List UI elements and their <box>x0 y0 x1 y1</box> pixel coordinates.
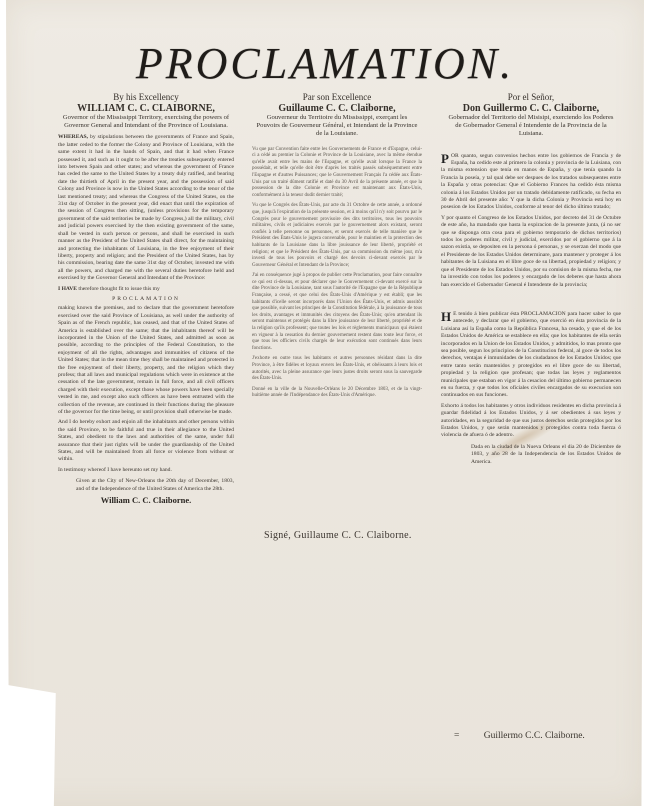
french-governor-name: Guillaume C. C. Claiborne, <box>252 103 422 114</box>
english-whereas-paragraph: WHEREAS, by stipulations between the gov… <box>58 134 234 282</box>
spanish-paragraph-1-text: OR quanto, segun convenios hechos entre … <box>441 153 621 211</box>
spanish-paragraph-1: P OR quanto, segun convenios hechos entr… <box>441 153 621 212</box>
english-dated-line: Given at the City of New-Orleans the 20t… <box>76 478 234 493</box>
french-dated-line: Donné en la ville de la Nouvelle-Orléans… <box>252 387 422 400</box>
spanish-signature: Guillermo C.C. Claiborne. <box>484 731 585 741</box>
english-have-text: therefore thought fit to issue this my <box>78 286 159 292</box>
spanish-dropcap-p: P <box>441 153 449 165</box>
french-paragraph-2: Vu que le Congrès des États-Unis, par ac… <box>252 203 422 269</box>
english-governor-name: WILLIAM C. C. CLAIBORNE, <box>58 103 234 114</box>
spanish-governor-name: Don Guillermo C. C. Claiborne, <box>441 103 621 114</box>
spanish-header: Por el Señor, Don Guillermo C. C. Claibo… <box>441 92 621 139</box>
english-governor-office: Governor of the Mississippi Territory, e… <box>58 114 234 130</box>
english-closing-paragraph: And I do hereby exhort and enjoin all th… <box>58 419 234 463</box>
spanish-paragraph-3-text: E tenido á bien publicar ésta PROCLAMACI… <box>441 311 621 398</box>
spanish-dated-line: Dada en la ciudad de la Nueva Orleans el… <box>471 444 621 466</box>
english-proclamation-paragraph: making known the premises, and to declar… <box>58 305 234 416</box>
proclamation-title: PROCLAMATION. <box>6 38 644 89</box>
english-have-lead: I HAVE <box>58 286 77 292</box>
spanish-column: Por el Señor, Don Guillermo C. C. Claibo… <box>441 92 621 466</box>
spanish-signature-mark: = <box>454 731 459 741</box>
spanish-paragraph-3: H E tenido á bien publicar ésta PROCLAMA… <box>441 311 621 400</box>
french-governor-office: Gouverneur du Territoire du Mississippi,… <box>252 114 422 139</box>
document-page: PROCLAMATION. By his Excellency WILLIAM … <box>6 0 644 806</box>
french-paragraph-4: J'exhorte en outre tous les habitants et… <box>252 356 422 382</box>
french-body: Vu que par Convention faite entre les Go… <box>252 147 422 400</box>
english-whereas-lead: WHEREAS, <box>58 134 88 140</box>
english-column: By his Excellency WILLIAM C. C. CLAIBORN… <box>58 92 234 505</box>
english-whereas-text: by stipulations between the governments … <box>58 134 234 281</box>
french-signature: Signé, Guillaume C. C. Claiborne. <box>264 530 412 541</box>
spanish-salutation: Por el Señor, <box>441 92 621 103</box>
english-signature: William C. C. Claiborne. <box>58 497 234 504</box>
spanish-paragraph-2: Y por quanto el Congreso de los Estados … <box>441 215 621 289</box>
spanish-body: P OR quanto, segun convenios hechos entr… <box>441 153 621 466</box>
english-testimony: In testimony whereof I have hereunto set… <box>58 467 234 474</box>
spanish-dropcap-h: H <box>441 311 451 323</box>
english-header: By his Excellency WILLIAM C. C. CLAIBORN… <box>58 92 234 130</box>
spanish-signature-block: = Guillermo C.C. Claiborne. <box>454 731 585 741</box>
spanish-paragraph-4: Exhorto á todos los habitantes y otros i… <box>441 403 621 440</box>
french-paragraph-3: J'ai en conséquence jugé à propos de pub… <box>252 273 422 352</box>
french-column: Par son Excellence Guillaume C. C. Claib… <box>252 92 422 400</box>
french-header: Par son Excellence Guillaume C. C. Claib… <box>252 92 422 139</box>
english-have-paragraph: I HAVE therefore thought fit to issue th… <box>58 286 234 293</box>
english-salutation: By his Excellency <box>58 92 234 103</box>
french-salutation: Par son Excellence <box>252 92 422 103</box>
english-proclamation-word: PROCLAMATION <box>58 296 234 303</box>
english-body: WHEREAS, by stipulations between the gov… <box>58 134 234 504</box>
french-paragraph-1: Vu que par Convention faite entre les Go… <box>252 147 422 200</box>
spanish-governor-office: Gobernador del Territorio del Misisipi, … <box>441 114 621 139</box>
